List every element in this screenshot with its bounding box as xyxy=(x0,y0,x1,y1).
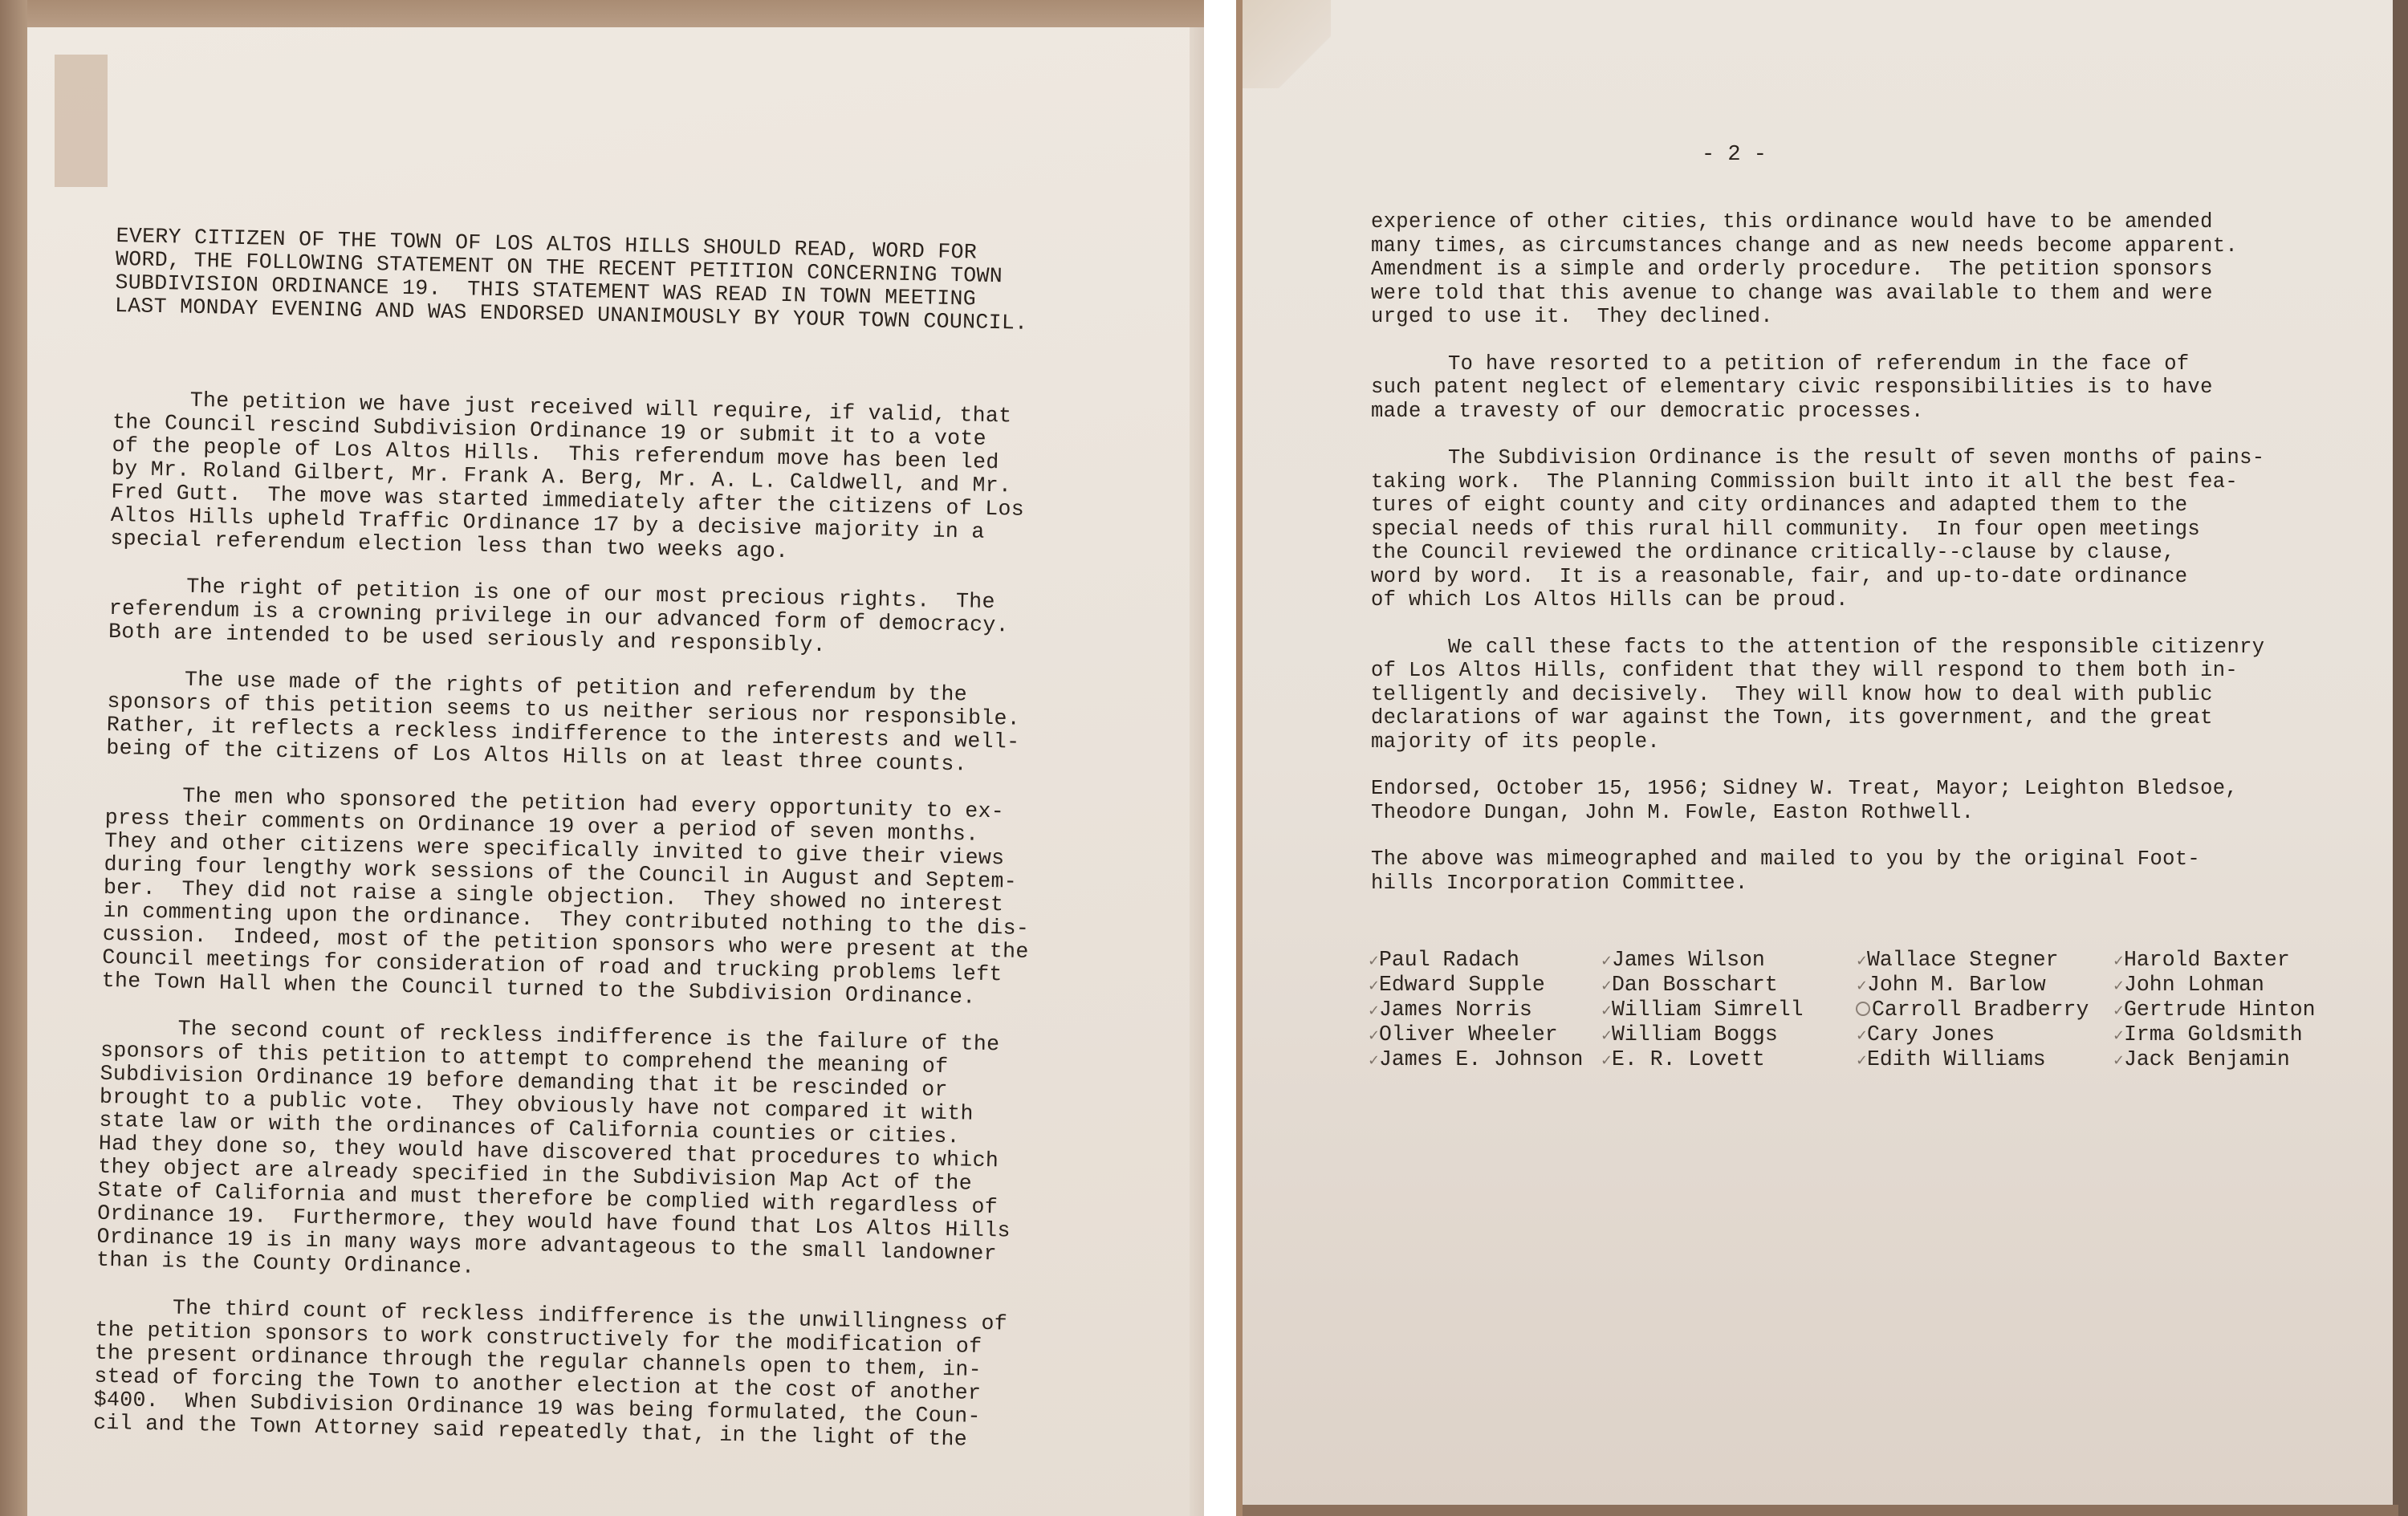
signer-label: Paul Radach xyxy=(1379,948,1519,972)
text-line: experience of other cities, this ordinan… xyxy=(1371,210,2264,234)
signer-name: ✓Jack Benjamin xyxy=(2113,1048,2337,1072)
signer-name: ✓Gertrude Hinton xyxy=(2113,998,2337,1022)
paragraph: The Subdivision Ordinance is the result … xyxy=(1371,446,2264,612)
signer-label: William Boggs xyxy=(1612,1022,1778,1047)
text-line: taking work. The Planning Commission bui… xyxy=(1371,470,2264,494)
text-line: declarations of war against the Town, it… xyxy=(1371,706,2264,730)
signer-label: Jack Benjamin xyxy=(2124,1047,2290,1071)
signer-name: ✓Edith Williams xyxy=(1856,1048,2113,1072)
signer-name: ✓Dan Bosschart xyxy=(1601,973,1856,998)
signer-name: ✓Cary Jones xyxy=(1856,1023,2113,1047)
signer-name: ✓E. R. Lovett xyxy=(1601,1048,1856,1072)
signer-name: ✓James Norris xyxy=(1368,998,1601,1022)
text-line: hills Incorporation Committee. xyxy=(1371,872,2264,896)
paragraph: The third count of reckless indifference… xyxy=(93,1295,1022,1453)
backing-board-edge xyxy=(0,0,27,1516)
check-mark-icon: ✓ xyxy=(1601,1024,1612,1047)
paragraph: We call these facts to the attention of … xyxy=(1371,636,2264,754)
check-mark-icon: ✓ xyxy=(2113,949,2124,973)
text-line: Endorsed, October 15, 1956; Sidney W. Tr… xyxy=(1371,777,2264,801)
signer-label: John M. Barlow xyxy=(1867,973,2046,997)
page-1-body: The petition we have just received will … xyxy=(93,388,1039,1453)
text-line: urged to use it. They declined. xyxy=(1371,305,2264,329)
signer-name: ✓Irma Goldsmith xyxy=(2113,1023,2337,1047)
paragraph: The use made of the rights of petition a… xyxy=(106,667,1034,778)
check-mark-icon: ✓ xyxy=(1368,1049,1379,1072)
paragraph: The above was mimeographed and mailed to… xyxy=(1371,847,2264,895)
check-mark-icon: ✓ xyxy=(1856,949,1867,973)
page-edge xyxy=(1236,0,1243,1516)
text-line: made a travesty of our democratic proces… xyxy=(1371,400,2264,424)
text-line: The Subdivision Ordinance is the result … xyxy=(1371,446,2264,470)
backing-board xyxy=(1243,1505,2398,1516)
signer-name: ✓William Simrell xyxy=(1601,998,1856,1022)
signer-name: ✓James E. Johnson xyxy=(1368,1048,1601,1072)
check-mark-icon: ✓ xyxy=(1368,974,1379,998)
signer-label: James E. Johnson xyxy=(1379,1047,1583,1071)
signer-label: James Norris xyxy=(1379,998,1532,1022)
paragraph: The men who sponsored the petition had e… xyxy=(102,783,1032,1010)
paragraph: To have resorted to a petition of refere… xyxy=(1371,352,2264,424)
paragraph: Endorsed, October 15, 1956; Sidney W. Tr… xyxy=(1371,777,2264,824)
paragraph: The second count of reckless indifferenc… xyxy=(96,1016,1027,1290)
signer-name: ✓John Lohman xyxy=(2113,973,2337,998)
text-line: of which Los Altos Hills can be proud. xyxy=(1371,588,2264,612)
signer-label: Cary Jones xyxy=(1867,1022,1995,1047)
check-mark-icon: ✓ xyxy=(2113,999,2124,1022)
check-mark-icon: ✓ xyxy=(1368,999,1379,1022)
signer-list: ✓Paul Radach✓James Wilson✓Wallace Stegne… xyxy=(1368,949,2337,1072)
check-mark-icon: ✓ xyxy=(1601,999,1612,1022)
paragraph: The petition we have just received will … xyxy=(110,388,1039,568)
left-page-photo: EVERY CITIZEN OF THE TOWN OF LOS ALTOS H… xyxy=(0,0,1204,1516)
check-mark-icon: ✓ xyxy=(1368,949,1379,973)
right-page-photo: - 2 - experience of other cities, this o… xyxy=(1236,0,2408,1516)
signer-name: ✓John M. Barlow xyxy=(1856,973,2113,998)
text-line: The above was mimeographed and mailed to… xyxy=(1371,847,2264,872)
signer-name: ✓Harold Baxter xyxy=(2113,949,2337,973)
signer-name: ✓William Boggs xyxy=(1601,1023,1856,1047)
check-mark-icon: ✓ xyxy=(2113,1024,2124,1047)
text-line: Amendment is a simple and orderly proced… xyxy=(1371,258,2264,282)
signer-name: ✓Edward Supple xyxy=(1368,973,1601,998)
signer-label: John Lohman xyxy=(2124,973,2264,997)
check-mark-icon: ✓ xyxy=(2113,974,2124,998)
signer-label: Edith Williams xyxy=(1867,1047,2046,1071)
text-line: word by word. It is a reasonable, fair, … xyxy=(1371,565,2264,589)
signer-name: ✓Wallace Stegner xyxy=(1856,949,2113,973)
backing-board xyxy=(0,0,1204,29)
text-line: of Los Altos Hills, confident that they … xyxy=(1371,659,2264,683)
signer-label: Wallace Stegner xyxy=(1867,948,2059,972)
check-mark-icon: ✓ xyxy=(1856,1024,1867,1047)
signer-label: Carroll Bradberry xyxy=(1872,998,2089,1022)
check-mark-icon: ✓ xyxy=(1856,1049,1867,1072)
signer-label: Dan Bosschart xyxy=(1612,973,1778,997)
signer-name: ✓Oliver Wheeler xyxy=(1368,1023,1601,1047)
check-mark-icon: ✓ xyxy=(1856,974,1867,998)
signer-name: Carroll Bradberry xyxy=(1856,998,2113,1022)
text-line: special needs of this rural hill communi… xyxy=(1371,518,2264,542)
paragraph: The right of petition is one of our most… xyxy=(108,574,1035,661)
text-line: majority of its people. xyxy=(1371,730,2264,754)
text-line: many times, as circumstances change and … xyxy=(1371,234,2264,258)
paragraph: experience of other cities, this ordinan… xyxy=(1371,210,2264,329)
signer-label: Oliver Wheeler xyxy=(1379,1022,1558,1047)
signer-label: William Simrell xyxy=(1612,998,1804,1022)
text-line: To have resorted to a petition of refere… xyxy=(1371,352,2264,376)
text-line: tures of eight county and city ordinance… xyxy=(1371,494,2264,518)
page-edge xyxy=(1190,27,1204,1516)
signer-name: ✓James Wilson xyxy=(1601,949,1856,973)
page-2-body: experience of other cities, this ordinan… xyxy=(1371,210,2264,918)
check-mark-icon: ✓ xyxy=(1601,974,1612,998)
notice-header: EVERY CITIZEN OF THE TOWN OF LOS ALTOS H… xyxy=(115,225,1043,335)
text-line: such patent neglect of elementary civic … xyxy=(1371,376,2264,400)
circle-mark-icon xyxy=(1856,1002,1870,1016)
text-line: were told that this avenue to change was… xyxy=(1371,282,2264,306)
text-line: Theodore Dungan, John M. Fowle, Easton R… xyxy=(1371,801,2264,825)
signer-label: James Wilson xyxy=(1612,948,1765,972)
text-line: We call these facts to the attention of … xyxy=(1371,636,2264,660)
tape-mark xyxy=(55,55,108,187)
check-mark-icon: ✓ xyxy=(1368,1024,1379,1047)
check-mark-icon: ✓ xyxy=(1601,949,1612,973)
signer-label: E. R. Lovett xyxy=(1612,1047,1765,1071)
signer-label: Irma Goldsmith xyxy=(2124,1022,2303,1047)
text-line: the Council reviewed the ordinance criti… xyxy=(1371,541,2264,565)
check-mark-icon: ✓ xyxy=(1601,1049,1612,1072)
signer-label: Edward Supple xyxy=(1379,973,1545,997)
text-line: telligently and decisively. They will kn… xyxy=(1371,683,2264,707)
check-mark-icon: ✓ xyxy=(2113,1049,2124,1072)
page-1-text: EVERY CITIZEN OF THE TOWN OF LOS ALTOS H… xyxy=(92,178,1043,1516)
signer-label: Gertrude Hinton xyxy=(2124,998,2316,1022)
page-number: - 2 - xyxy=(1702,143,1767,167)
paper-stain xyxy=(1243,0,1331,88)
signer-label: Harold Baxter xyxy=(2124,948,2290,972)
signer-name: ✓Paul Radach xyxy=(1368,949,1601,973)
